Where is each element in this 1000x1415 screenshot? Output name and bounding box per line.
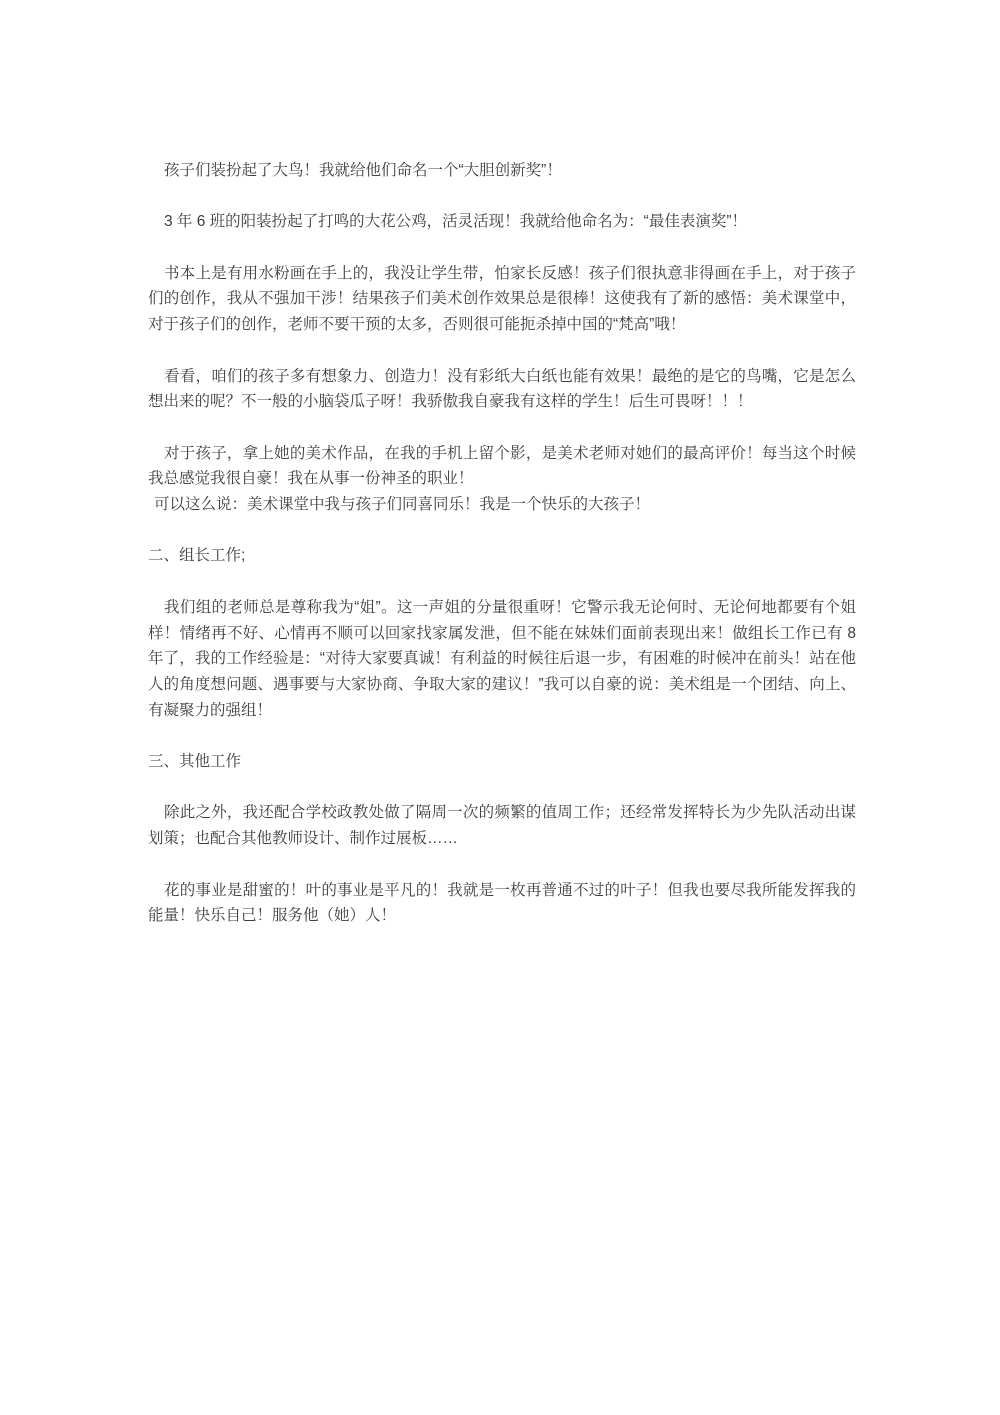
paragraph-award-bird: 孩子们装扮起了大鸟！我就给他们命名一个“大胆创新奖”！ (148, 158, 856, 184)
paragraph-other-work: 除此之外，我还配合学校政教处做了隔周一次的频繁的值周工作；还经常发挥特长为少先队… (148, 800, 856, 851)
paragraph-award-rooster: 3 年 6 班的阳装扮起了打鸣的大花公鸡，活灵活现！我就给他命名为：“最佳表演奖… (148, 209, 856, 235)
paragraph-closing: 花的事业是甜蜜的！叶的事业是平凡的！我就是一枚再普通不过的叶子！但我也要尽我所能… (148, 878, 856, 929)
paragraph-imagination: 看看，咱们的孩子多有想象力、创造力！没有彩纸大白纸也能有效果！最绝的是它的鸟嘴，… (148, 364, 856, 415)
document-page: 孩子们装扮起了大鸟！我就给他们命名一个“大胆创新奖”！ 3 年 6 班的阳装扮起… (0, 0, 1000, 1415)
section-heading-other-work: 三、其他工作 (148, 749, 856, 775)
document-body: 孩子们装扮起了大鸟！我就给他们命名一个“大胆创新奖”！ 3 年 6 班的阳装扮起… (148, 158, 856, 955)
paragraph-hand-painting: 书本上是有用水粉画在手上的，我没让学生带，怕家长反感！孩子们很执意非得画在手上，… (148, 261, 856, 338)
paragraph-photo-praise: 对于孩子，拿上她的美术作品，在我的手机上留个影，是美术老师对她们的最高评价！每当… (148, 441, 856, 492)
paragraph-group-leader: 我们组的老师总是尊称我为“姐”。这一声姐的分量很重呀！它警示我无论何时、无论何地… (148, 595, 856, 724)
paragraph-happy-kid-line: 可以这么说：美术课堂中我与孩子们同喜同乐！我是一个快乐的大孩子！ (148, 492, 856, 518)
section-heading-group-leader: 二、组长工作; (148, 543, 856, 569)
